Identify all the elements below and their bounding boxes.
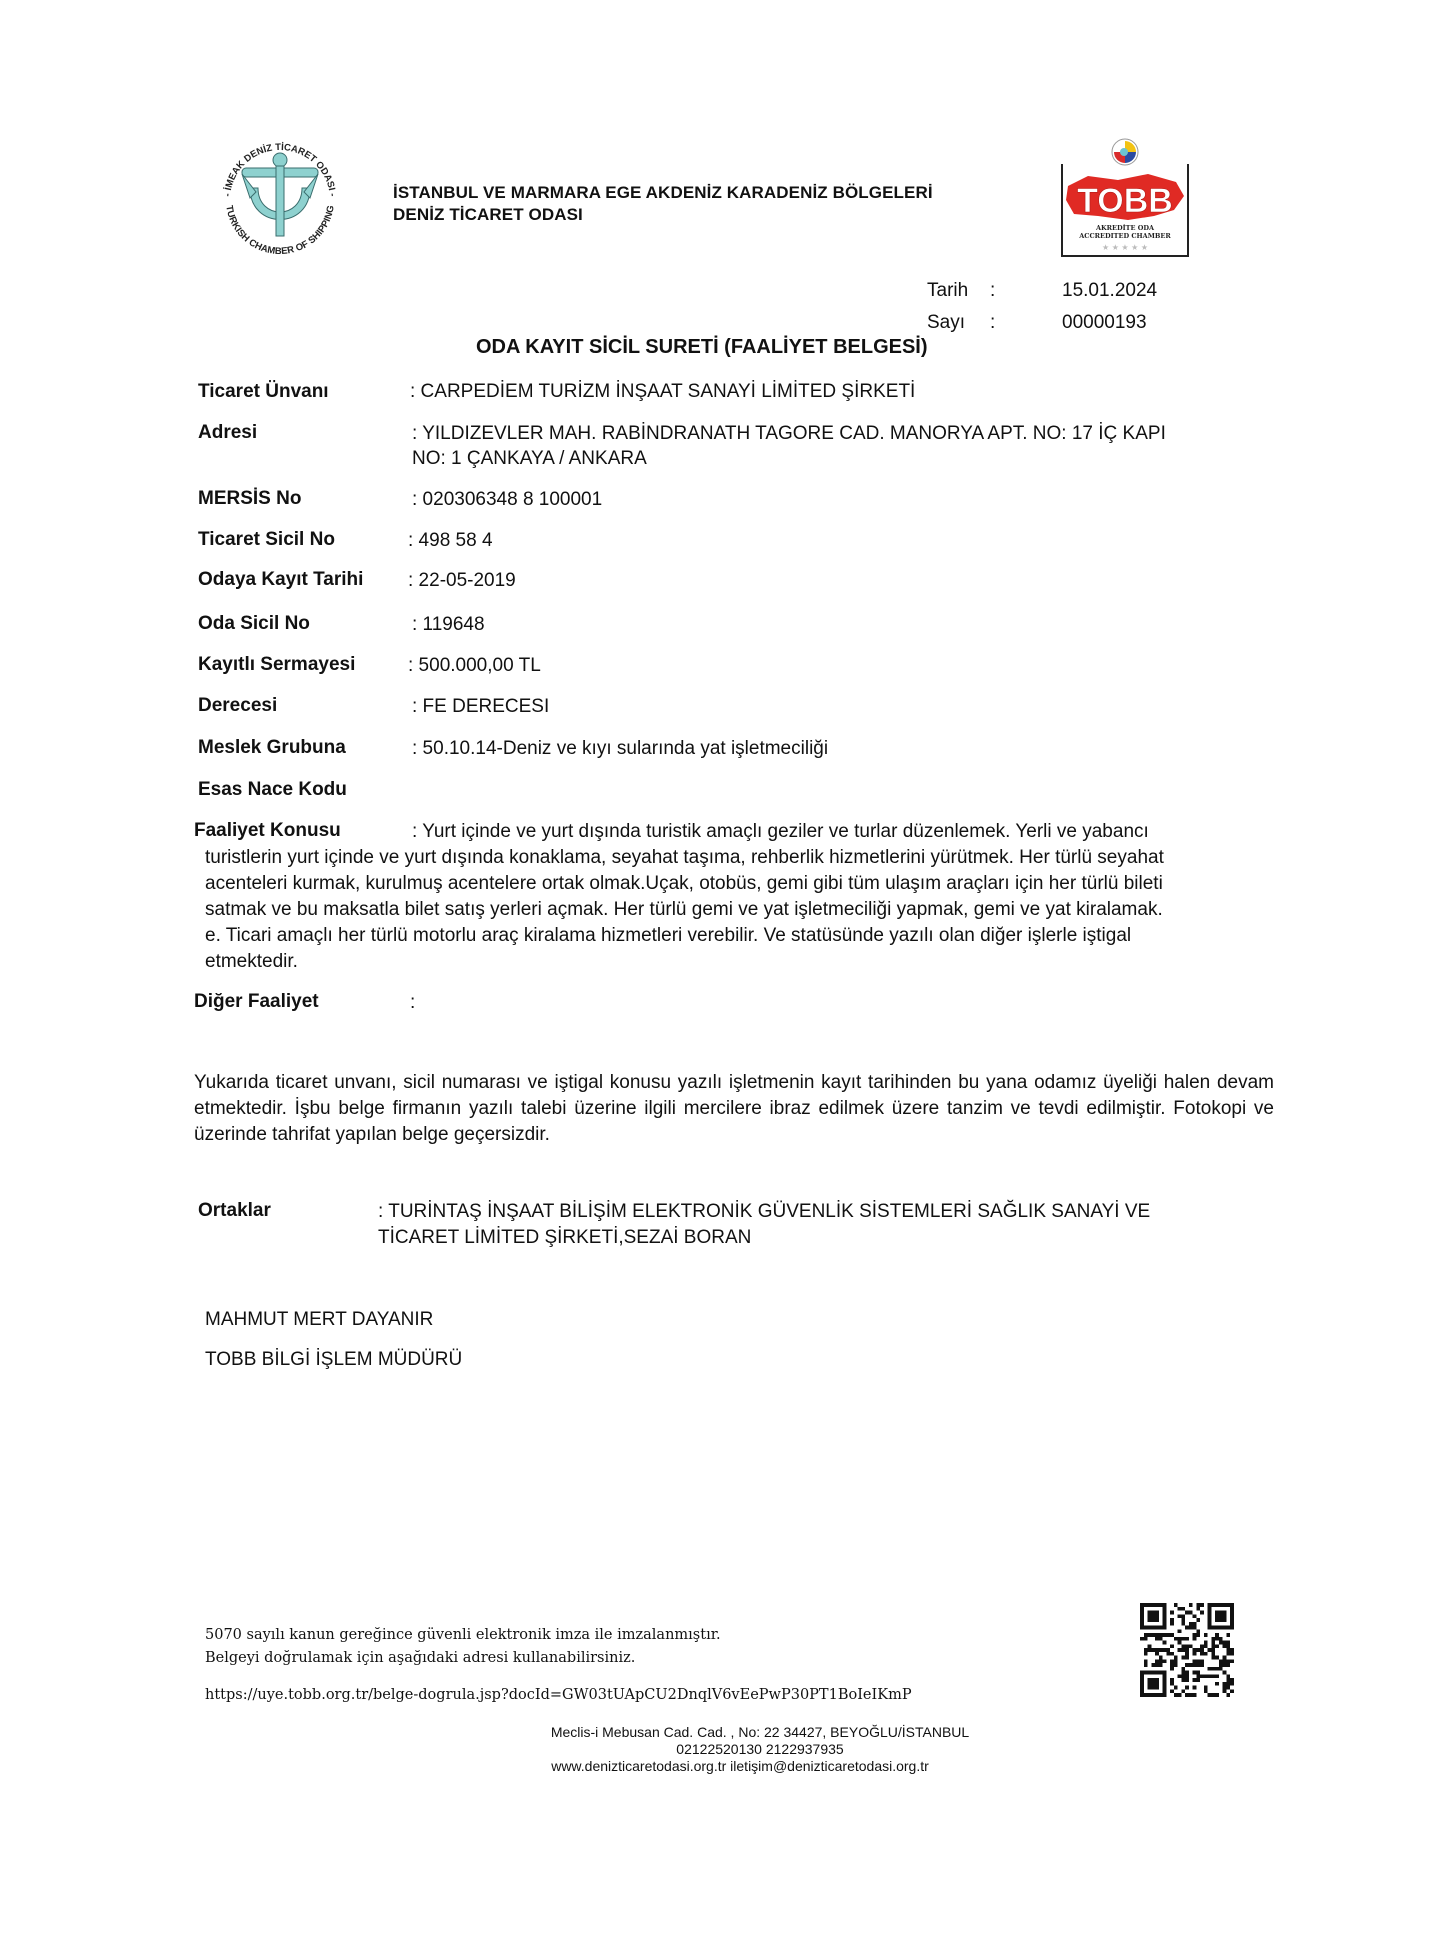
field-label-capital: Kayıtlı Sermayesi <box>198 654 355 676</box>
number-sep: : <box>990 312 995 334</box>
org-name-line1: İSTANBUL VE MARMARA EGE AKDENİZ KARADENİ… <box>393 182 933 204</box>
partners-line-2: TİCARET LİMİTED ŞİRKETİ,SEZAİ BORAN <box>378 1225 751 1250</box>
date-label: Tarih <box>927 280 968 302</box>
tobb-accredited-logo-icon: TOBB AKREDİTE ODA ACCREDITED CHAMBER ★ ★… <box>1058 136 1192 262</box>
footer-address-block: Meclis-i Mebusan Cad. Cad. , No: 22 3442… <box>520 1724 1000 1775</box>
footer-phones: 02122520130 2122937935 <box>520 1741 1000 1758</box>
svg-text:AKREDİTE ODA: AKREDİTE ODA <box>1095 223 1155 232</box>
field-label-mersis: MERSİS No <box>198 488 301 510</box>
svg-text:ACCREDITED CHAMBER: ACCREDITED CHAMBER <box>1078 232 1171 240</box>
qr-code-icon <box>1140 1603 1234 1697</box>
imeak-anchor-logo-icon: - İMEAK DENİZ TİCARET ODASI - TURKISH CH… <box>212 138 348 258</box>
field-value-trade-name: : CARPEDİEM TURİZM İNŞAAT SANAYİ LİMİTED… <box>410 379 915 404</box>
imeak-logo: - İMEAK DENİZ TİCARET ODASI - TURKISH CH… <box>212 138 348 258</box>
field-value-registration-date: : 22-05-2019 <box>408 568 516 593</box>
field-label-trade-registry: Ticaret Sicil No <box>198 529 335 551</box>
footer-address: Meclis-i Mebusan Cad. Cad. , No: 22 3442… <box>520 1724 1000 1741</box>
field-label-address: Adresi <box>198 422 257 444</box>
field-value-mersis: : 020306348 8 100001 <box>412 487 602 512</box>
field-value-trade-registry: : 498 58 4 <box>408 528 493 553</box>
verify-instruction: Belgeyi doğrulamak için aşağıdaki adresi… <box>205 1650 635 1666</box>
field-value-profession-group: : 50.10.14-Deniz ve kıyı sularında yat i… <box>412 736 828 761</box>
other-activity-value: : <box>410 990 415 1015</box>
svg-text:TOBB: TOBB <box>1077 182 1173 220</box>
field-value-address-line2: NO: 1 ÇANKAYA / ANKARA <box>412 446 647 471</box>
number-value: 00000193 <box>1062 312 1147 334</box>
field-label-nace-code: Esas Nace Kodu <box>198 779 347 801</box>
activity-line-3: acenteleri kurmak, kurulmuş acentelere o… <box>205 871 1163 896</box>
signatory-name: MAHMUT MERT DAYANIR <box>205 1307 433 1332</box>
org-name: İSTANBUL VE MARMARA EGE AKDENİZ KARADENİ… <box>393 182 933 226</box>
partners-label: Ortaklar <box>198 1200 271 1222</box>
activity-line-2: turistlerin yurt içinde ve yurt dışında … <box>205 845 1164 870</box>
activity-line-6: etmektedir. <box>205 949 298 974</box>
number-label: Sayı <box>927 312 965 334</box>
org-name-line2: DENİZ TİCARET ODASI <box>393 204 933 226</box>
partners-line-1: : TURİNTAŞ İNŞAAT BİLİŞİM ELEKTRONİK GÜV… <box>378 1199 1150 1224</box>
esign-notice: 5070 sayılı kanun gereğince güvenli elek… <box>205 1627 721 1643</box>
footer-contact: www.denizticaretodasi.org.tr iletişim@de… <box>480 1758 1000 1775</box>
field-label-registration-date: Odaya Kayıt Tarihi <box>198 569 363 591</box>
date-sep: : <box>990 280 995 302</box>
verify-url-link[interactable]: https://uye.tobb.org.tr/belge-dogrula.js… <box>205 1687 912 1703</box>
signatory-title: TOBB BİLGİ İŞLEM MÜDÜRÜ <box>205 1347 462 1372</box>
other-activity-label: Diğer Faaliyet <box>194 991 319 1013</box>
svg-text:★ ★ ★ ★ ★: ★ ★ ★ ★ ★ <box>1102 243 1148 252</box>
field-value-address: : YILDIZEVLER MAH. RABİNDRANATH TAGORE C… <box>412 421 1166 446</box>
field-label-degree: Derecesi <box>198 695 277 717</box>
activity-line-1: : Yurt içinde ve yurt dışında turistik a… <box>412 819 1149 844</box>
document-title: ODA KAYIT SİCİL SURETİ (FAALİYET BELGESİ… <box>476 336 928 359</box>
activity-label: Faaliyet Konusu <box>194 820 341 842</box>
activity-line-5: e. Ticari amaçlı her türlü motorlu araç … <box>205 923 1131 948</box>
field-label-profession-group: Meslek Grubuna <box>198 737 346 759</box>
field-label-chamber-registry: Oda Sicil No <box>198 613 310 635</box>
statement-paragraph: Yukarıda ticaret unvanı, sicil numarası … <box>194 1070 1274 1148</box>
activity-line-4: satmak ve bu maksatla bilet satış yerler… <box>205 897 1163 922</box>
field-value-capital: : 500.000,00 TL <box>408 653 541 678</box>
tobb-logo: TOBB AKREDİTE ODA ACCREDITED CHAMBER ★ ★… <box>1058 136 1192 262</box>
field-label-trade-name: Ticaret Ünvanı <box>198 381 329 403</box>
date-value: 15.01.2024 <box>1062 280 1157 302</box>
field-value-chamber-registry: : 119648 <box>412 612 485 637</box>
field-value-degree: : FE DERECESI <box>412 694 549 719</box>
qr-code[interactable] <box>1140 1603 1234 1697</box>
